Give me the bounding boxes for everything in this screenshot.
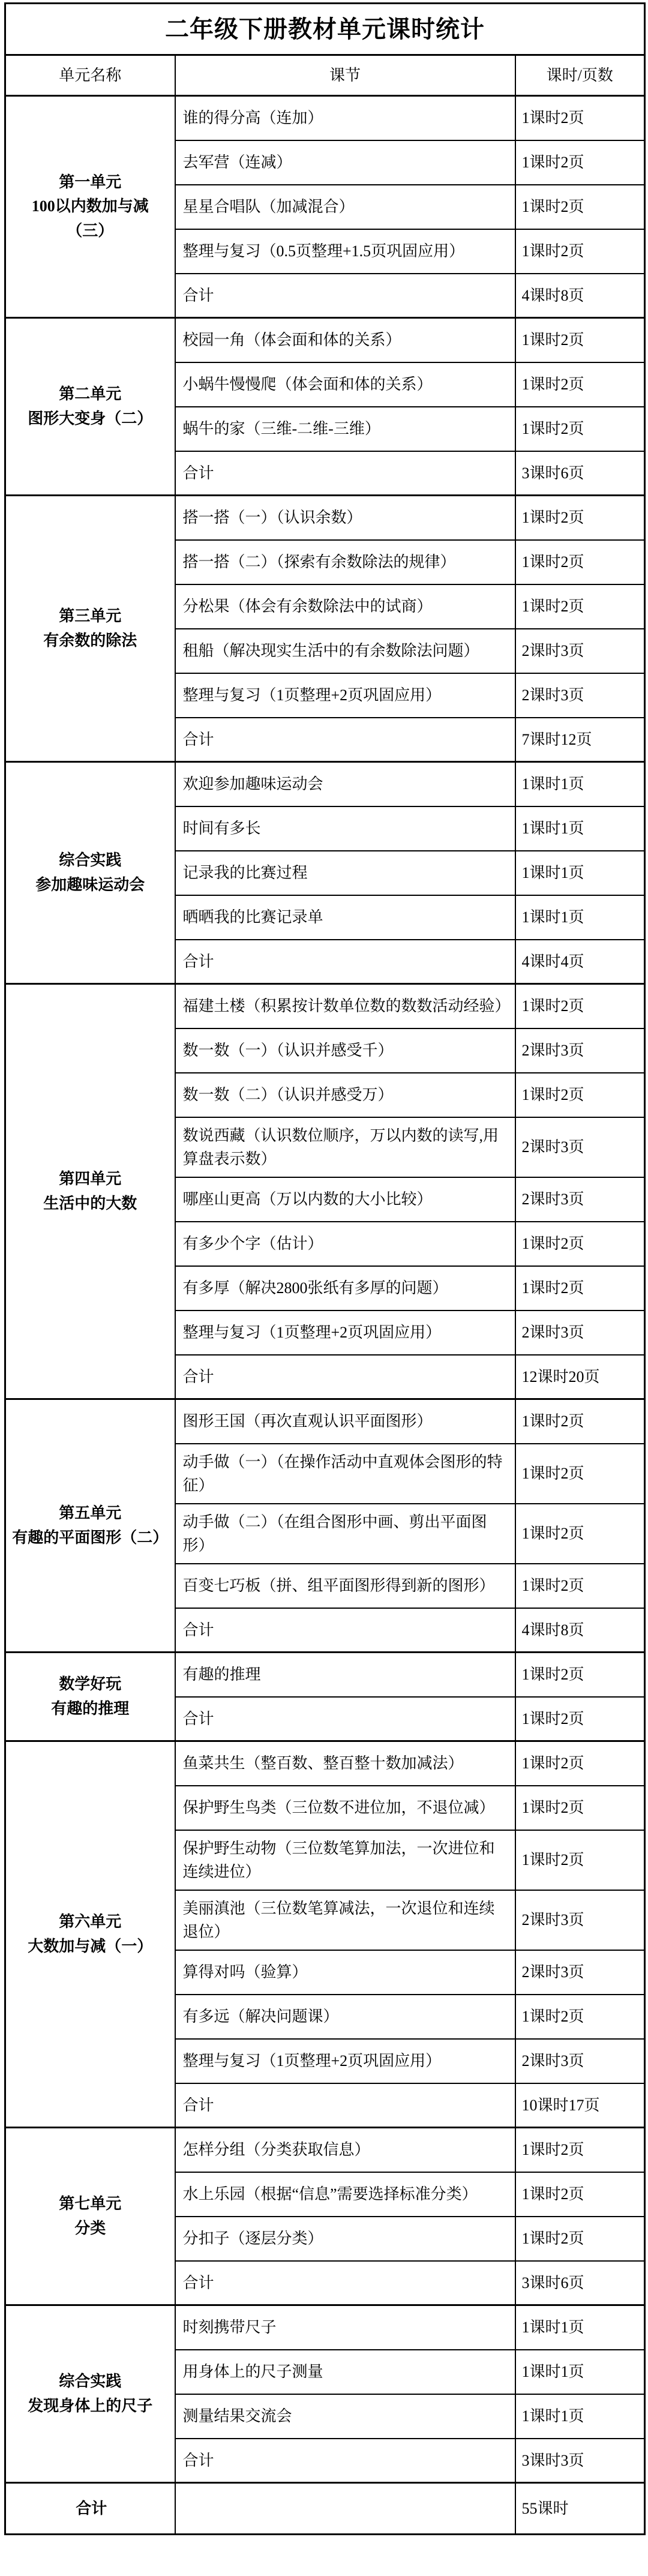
subtotal-hours-cell: 12课时20页 (515, 1355, 645, 1399)
unit-name-line: 第四单元 (8, 1167, 172, 1191)
table-foot: 合计 55课时 (5, 2483, 645, 2535)
grand-total-row: 合计 55课时 (5, 2483, 645, 2535)
subtotal-label-cell: 合计 (175, 451, 515, 496)
column-header-unit: 单元名称 (5, 55, 175, 96)
lesson-hours-cell: 1课时2页 (515, 496, 645, 540)
lesson-hours-cell: 1课时2页 (515, 1830, 645, 1890)
lesson-hours-cell: 1课时1页 (515, 2394, 645, 2439)
lesson-title-cell: 水上乐园（根据“信息”需要选择标准分类） (175, 2172, 515, 2217)
lesson-title-cell: 时刻携带尺子 (175, 2305, 515, 2350)
lesson-hours-cell: 1课时2页 (515, 584, 645, 629)
lesson-title-cell: 整理与复习（0.5页整理+1.5页巩固应用） (175, 229, 515, 274)
subtotal-hours-cell: 10课时17页 (515, 2083, 645, 2128)
unit-name-line: 大数加与减（一） (8, 1935, 172, 1959)
grand-total-hours: 55课时 (515, 2483, 645, 2535)
lesson-hours-cell: 1课时2页 (515, 2217, 645, 2261)
unit-name-line: （三） (8, 219, 172, 243)
lesson-row: 第一单元100以内数加与减（三）谁的得分高（连加）1课时2页 (5, 96, 645, 140)
curriculum-table: 二年级下册教材单元课时统计 单元名称 课节 课时/页数 第一单元100以内数加与… (4, 2, 646, 2535)
lesson-hours-cell: 2课时3页 (515, 629, 645, 673)
lesson-title-cell: 欢迎参加趣味运动会 (175, 762, 515, 806)
unit-name-line: 第二单元 (8, 382, 172, 406)
subtotal-label-cell: 合计 (175, 274, 515, 318)
unit-name-line: 生活中的大数 (8, 1192, 172, 1216)
subtotal-hours-cell: 1课时2页 (515, 1697, 645, 1741)
unit-name-line: 发现身体上的尺子 (8, 2394, 172, 2418)
lesson-hours-cell: 1课时2页 (515, 407, 645, 451)
unit-name-line: 第六单元 (8, 1910, 172, 1934)
lesson-title-cell: 动手做（一）（在操作活动中直观体会图形的特征） (175, 1444, 515, 1504)
lesson-title-cell: 谁的得分高（连加） (175, 96, 515, 140)
grand-total-label: 合计 (5, 2483, 175, 2535)
lesson-hours-cell: 1课时2页 (515, 96, 645, 140)
unit-name-line: 100以内数加与减 (8, 194, 172, 218)
unit-name-line: 分类 (8, 2217, 172, 2241)
lesson-title-cell: 有多厚（解决2800张纸有多厚的问题） (175, 1266, 515, 1311)
unit-name-cell: 第七单元分类 (5, 2128, 175, 2305)
unit-name-cell: 数学好玩有趣的推理 (5, 1653, 175, 1741)
lesson-title-cell: 去军营（连减） (175, 140, 515, 185)
unit-name-cell: 综合实践参加趣味运动会 (5, 762, 175, 984)
lesson-hours-cell: 2课时3页 (515, 1950, 645, 1995)
unit-name-cell: 综合实践发现身体上的尺子 (5, 2305, 175, 2483)
unit-name-line: 综合实践 (8, 2370, 172, 2394)
lesson-row: 综合实践发现身体上的尺子时刻携带尺子1课时1页 (5, 2305, 645, 2350)
lesson-hours-cell: 1课时2页 (515, 1073, 645, 1117)
unit-name-cell: 第四单元生活中的大数 (5, 984, 175, 1399)
unit-name-line: 数学好玩 (8, 1672, 172, 1696)
lesson-hours-cell: 2课时3页 (515, 1311, 645, 1355)
subtotal-label-cell: 合计 (175, 1355, 515, 1399)
lesson-title-cell: 美丽滇池（三位数笔算减法，一次退位和连续退位） (175, 1890, 515, 1950)
lesson-hours-cell: 1课时2页 (515, 2172, 645, 2217)
lesson-hours-cell: 1课时2页 (515, 1653, 645, 1697)
lesson-hours-cell: 2课时3页 (515, 1028, 645, 1073)
lesson-hours-cell: 1课时1页 (515, 851, 645, 895)
lesson-row: 第六单元大数加与减（一）鱼菜共生（整百数、整百整十数加减法）1课时2页 (5, 1741, 645, 1786)
lesson-row: 第四单元生活中的大数福建土楼（积累按计数单位数的数数活动经验）1课时2页 (5, 984, 645, 1028)
title-row: 二年级下册教材单元课时统计 (5, 4, 645, 55)
subtotal-hours-cell: 4课时8页 (515, 1608, 645, 1653)
lesson-title-cell: 图形王国（再次直观认识平面图形） (175, 1399, 515, 1444)
lesson-title-cell: 有趣的推理 (175, 1653, 515, 1697)
lesson-title-cell: 租船（解决现实生活中的有余数除法问题） (175, 629, 515, 673)
lesson-title-cell: 搭一搭（二）（探索有余数除法的规律） (175, 540, 515, 584)
lesson-title-cell: 数一数（二）（认识并感受万） (175, 1073, 515, 1117)
lesson-hours-cell: 1课时2页 (515, 185, 645, 229)
lesson-hours-cell: 1课时2页 (515, 540, 645, 584)
lesson-hours-cell: 1课时2页 (515, 984, 645, 1028)
lesson-hours-cell: 1课时2页 (515, 1995, 645, 2039)
unit-name-line: 第五单元 (8, 1501, 172, 1525)
subtotal-hours-cell: 7课时12页 (515, 718, 645, 762)
subtotal-hours-cell: 4课时8页 (515, 274, 645, 318)
lesson-title-cell: 数一数（一）（认识并感受千） (175, 1028, 515, 1073)
subtotal-label-cell: 合计 (175, 2439, 515, 2483)
lesson-row: 综合实践参加趣味运动会欢迎参加趣味运动会1课时1页 (5, 762, 645, 806)
lesson-title-cell: 鱼菜共生（整百数、整百整十数加减法） (175, 1741, 515, 1786)
table-body: 第一单元100以内数加与减（三）谁的得分高（连加）1课时2页去军营（连减）1课时… (5, 96, 645, 2483)
unit-name-cell: 第三单元有余数的除法 (5, 496, 175, 762)
lesson-hours-cell: 1课时2页 (515, 1399, 645, 1444)
lesson-title-cell: 蜗牛的家（三维-二维-三维） (175, 407, 515, 451)
lesson-hours-cell: 1课时2页 (515, 318, 645, 362)
lesson-hours-cell: 1课时2页 (515, 362, 645, 407)
lesson-title-cell: 用身体上的尺子测量 (175, 2350, 515, 2394)
subtotal-hours-cell: 3课时6页 (515, 2261, 645, 2305)
lesson-title-cell: 整理与复习（1页整理+2页巩固应用） (175, 1311, 515, 1355)
lesson-title-cell: 整理与复习（1页整理+2页巩固应用） (175, 2039, 515, 2083)
lesson-title-cell: 算得对吗（验算） (175, 1950, 515, 1995)
lesson-row: 第七单元分类怎样分组（分类获取信息）1课时2页 (5, 2128, 645, 2172)
lesson-hours-cell: 1课时1页 (515, 762, 645, 806)
lesson-hours-cell: 1课时2页 (515, 1444, 645, 1504)
lesson-row: 第三单元有余数的除法搭一搭（一）（认识余数）1课时2页 (5, 496, 645, 540)
lesson-title-cell: 搭一搭（一）（认识余数） (175, 496, 515, 540)
unit-name-line: 图形大变身（二） (8, 407, 172, 431)
lesson-row: 第二单元图形大变身（二）校园一角（体会面和体的关系）1课时2页 (5, 318, 645, 362)
column-header-hours: 课时/页数 (515, 55, 645, 96)
lesson-row: 数学好玩有趣的推理有趣的推理1课时2页 (5, 1653, 645, 1697)
subtotal-hours-cell: 3课时3页 (515, 2439, 645, 2483)
unit-name-cell: 第五单元有趣的平面图形（二） (5, 1399, 175, 1653)
lesson-title-cell: 星星合唱队（加减混合） (175, 185, 515, 229)
lesson-hours-cell: 1课时2页 (515, 1741, 645, 1786)
lesson-title-cell: 动手做（二）（在组合图形中画、剪出平面图形） (175, 1504, 515, 1564)
unit-name-cell: 第一单元100以内数加与减（三） (5, 96, 175, 318)
lesson-title-cell: 晒晒我的比赛记录单 (175, 895, 515, 940)
lesson-hours-cell: 1课时2页 (515, 2128, 645, 2172)
grand-total-lesson-cell (175, 2483, 515, 2535)
subtotal-hours-cell: 4课时4页 (515, 940, 645, 984)
unit-name-line: 有趣的平面图形（二） (8, 1526, 172, 1550)
lesson-hours-cell: 2课时3页 (515, 1890, 645, 1950)
subtotal-label-cell: 合计 (175, 718, 515, 762)
lesson-title-cell: 有多远（解决问题课） (175, 1995, 515, 2039)
lesson-hours-cell: 1课时2页 (515, 1266, 645, 1311)
subtotal-hours-cell: 3课时6页 (515, 451, 645, 496)
unit-name-line: 第三单元 (8, 604, 172, 628)
lesson-hours-cell: 1课时2页 (515, 1504, 645, 1564)
unit-name-cell: 第二单元图形大变身（二） (5, 318, 175, 496)
unit-name-line: 第七单元 (8, 2192, 172, 2216)
unit-name-line: 有余数的除法 (8, 629, 172, 653)
lesson-title-cell: 数说西藏（认识数位顺序，万以内数的读写,用算盘表示数） (175, 1117, 515, 1177)
table-head: 二年级下册教材单元课时统计 单元名称 课节 课时/页数 (5, 4, 645, 96)
lesson-hours-cell: 2课时3页 (515, 1117, 645, 1177)
lesson-hours-cell: 1课时1页 (515, 895, 645, 940)
subtotal-label-cell: 合计 (175, 2261, 515, 2305)
page: 二年级下册教材单元课时统计 单元名称 课节 课时/页数 第一单元100以内数加与… (0, 0, 648, 2542)
lesson-title-cell: 时间有多长 (175, 806, 515, 851)
lesson-hours-cell: 2课时3页 (515, 1177, 645, 1222)
lesson-title-cell: 百变七巧板（拼、组平面图形得到新的图形） (175, 1564, 515, 1608)
unit-name-line: 第一单元 (8, 170, 172, 194)
lesson-title-cell: 校园一角（体会面和体的关系） (175, 318, 515, 362)
lesson-title-cell: 分扣子（逐层分类） (175, 2217, 515, 2261)
lesson-title-cell: 整理与复习（1页整理+2页巩固应用） (175, 673, 515, 718)
lesson-hours-cell: 1课时1页 (515, 806, 645, 851)
lesson-title-cell: 记录我的比赛过程 (175, 851, 515, 895)
column-header-row: 单元名称 课节 课时/页数 (5, 55, 645, 96)
lesson-hours-cell: 1课时1页 (515, 2305, 645, 2350)
lesson-hours-cell: 1课时2页 (515, 1564, 645, 1608)
lesson-title-cell: 分松果（体会有余数除法中的试商） (175, 584, 515, 629)
lesson-title-cell: 测量结果交流会 (175, 2394, 515, 2439)
lesson-hours-cell: 1课时1页 (515, 2350, 645, 2394)
subtotal-label-cell: 合计 (175, 1608, 515, 1653)
subtotal-label-cell: 合计 (175, 940, 515, 984)
lesson-title-cell: 福建土楼（积累按计数单位数的数数活动经验） (175, 984, 515, 1028)
subtotal-label-cell: 合计 (175, 2083, 515, 2128)
page-title: 二年级下册教材单元课时统计 (5, 4, 645, 55)
unit-name-line: 有趣的推理 (8, 1697, 172, 1721)
lesson-hours-cell: 1课时2页 (515, 1222, 645, 1266)
lesson-hours-cell: 1课时2页 (515, 140, 645, 185)
column-header-lesson: 课节 (175, 55, 515, 96)
lesson-row: 第五单元有趣的平面图形（二）图形王国（再次直观认识平面图形）1课时2页 (5, 1399, 645, 1444)
lesson-title-cell: 哪座山更高（万以内数的大小比较） (175, 1177, 515, 1222)
lesson-title-cell: 保护野生鸟类（三位数不进位加，不退位减） (175, 1786, 515, 1830)
lesson-title-cell: 有多少个字（估计） (175, 1222, 515, 1266)
subtotal-label-cell: 合计 (175, 1697, 515, 1741)
lesson-hours-cell: 2课时3页 (515, 673, 645, 718)
lesson-title-cell: 怎样分组（分类获取信息） (175, 2128, 515, 2172)
lesson-title-cell: 保护野生动物（三位数笔算加法，一次进位和连续进位） (175, 1830, 515, 1890)
lesson-hours-cell: 1课时2页 (515, 229, 645, 274)
lesson-hours-cell: 2课时3页 (515, 2039, 645, 2083)
lesson-hours-cell: 1课时2页 (515, 1786, 645, 1830)
unit-name-cell: 第六单元大数加与减（一） (5, 1741, 175, 2128)
lesson-title-cell: 小蜗牛慢慢爬（体会面和体的关系） (175, 362, 515, 407)
unit-name-line: 综合实践 (8, 848, 172, 872)
unit-name-line: 参加趣味运动会 (8, 873, 172, 897)
